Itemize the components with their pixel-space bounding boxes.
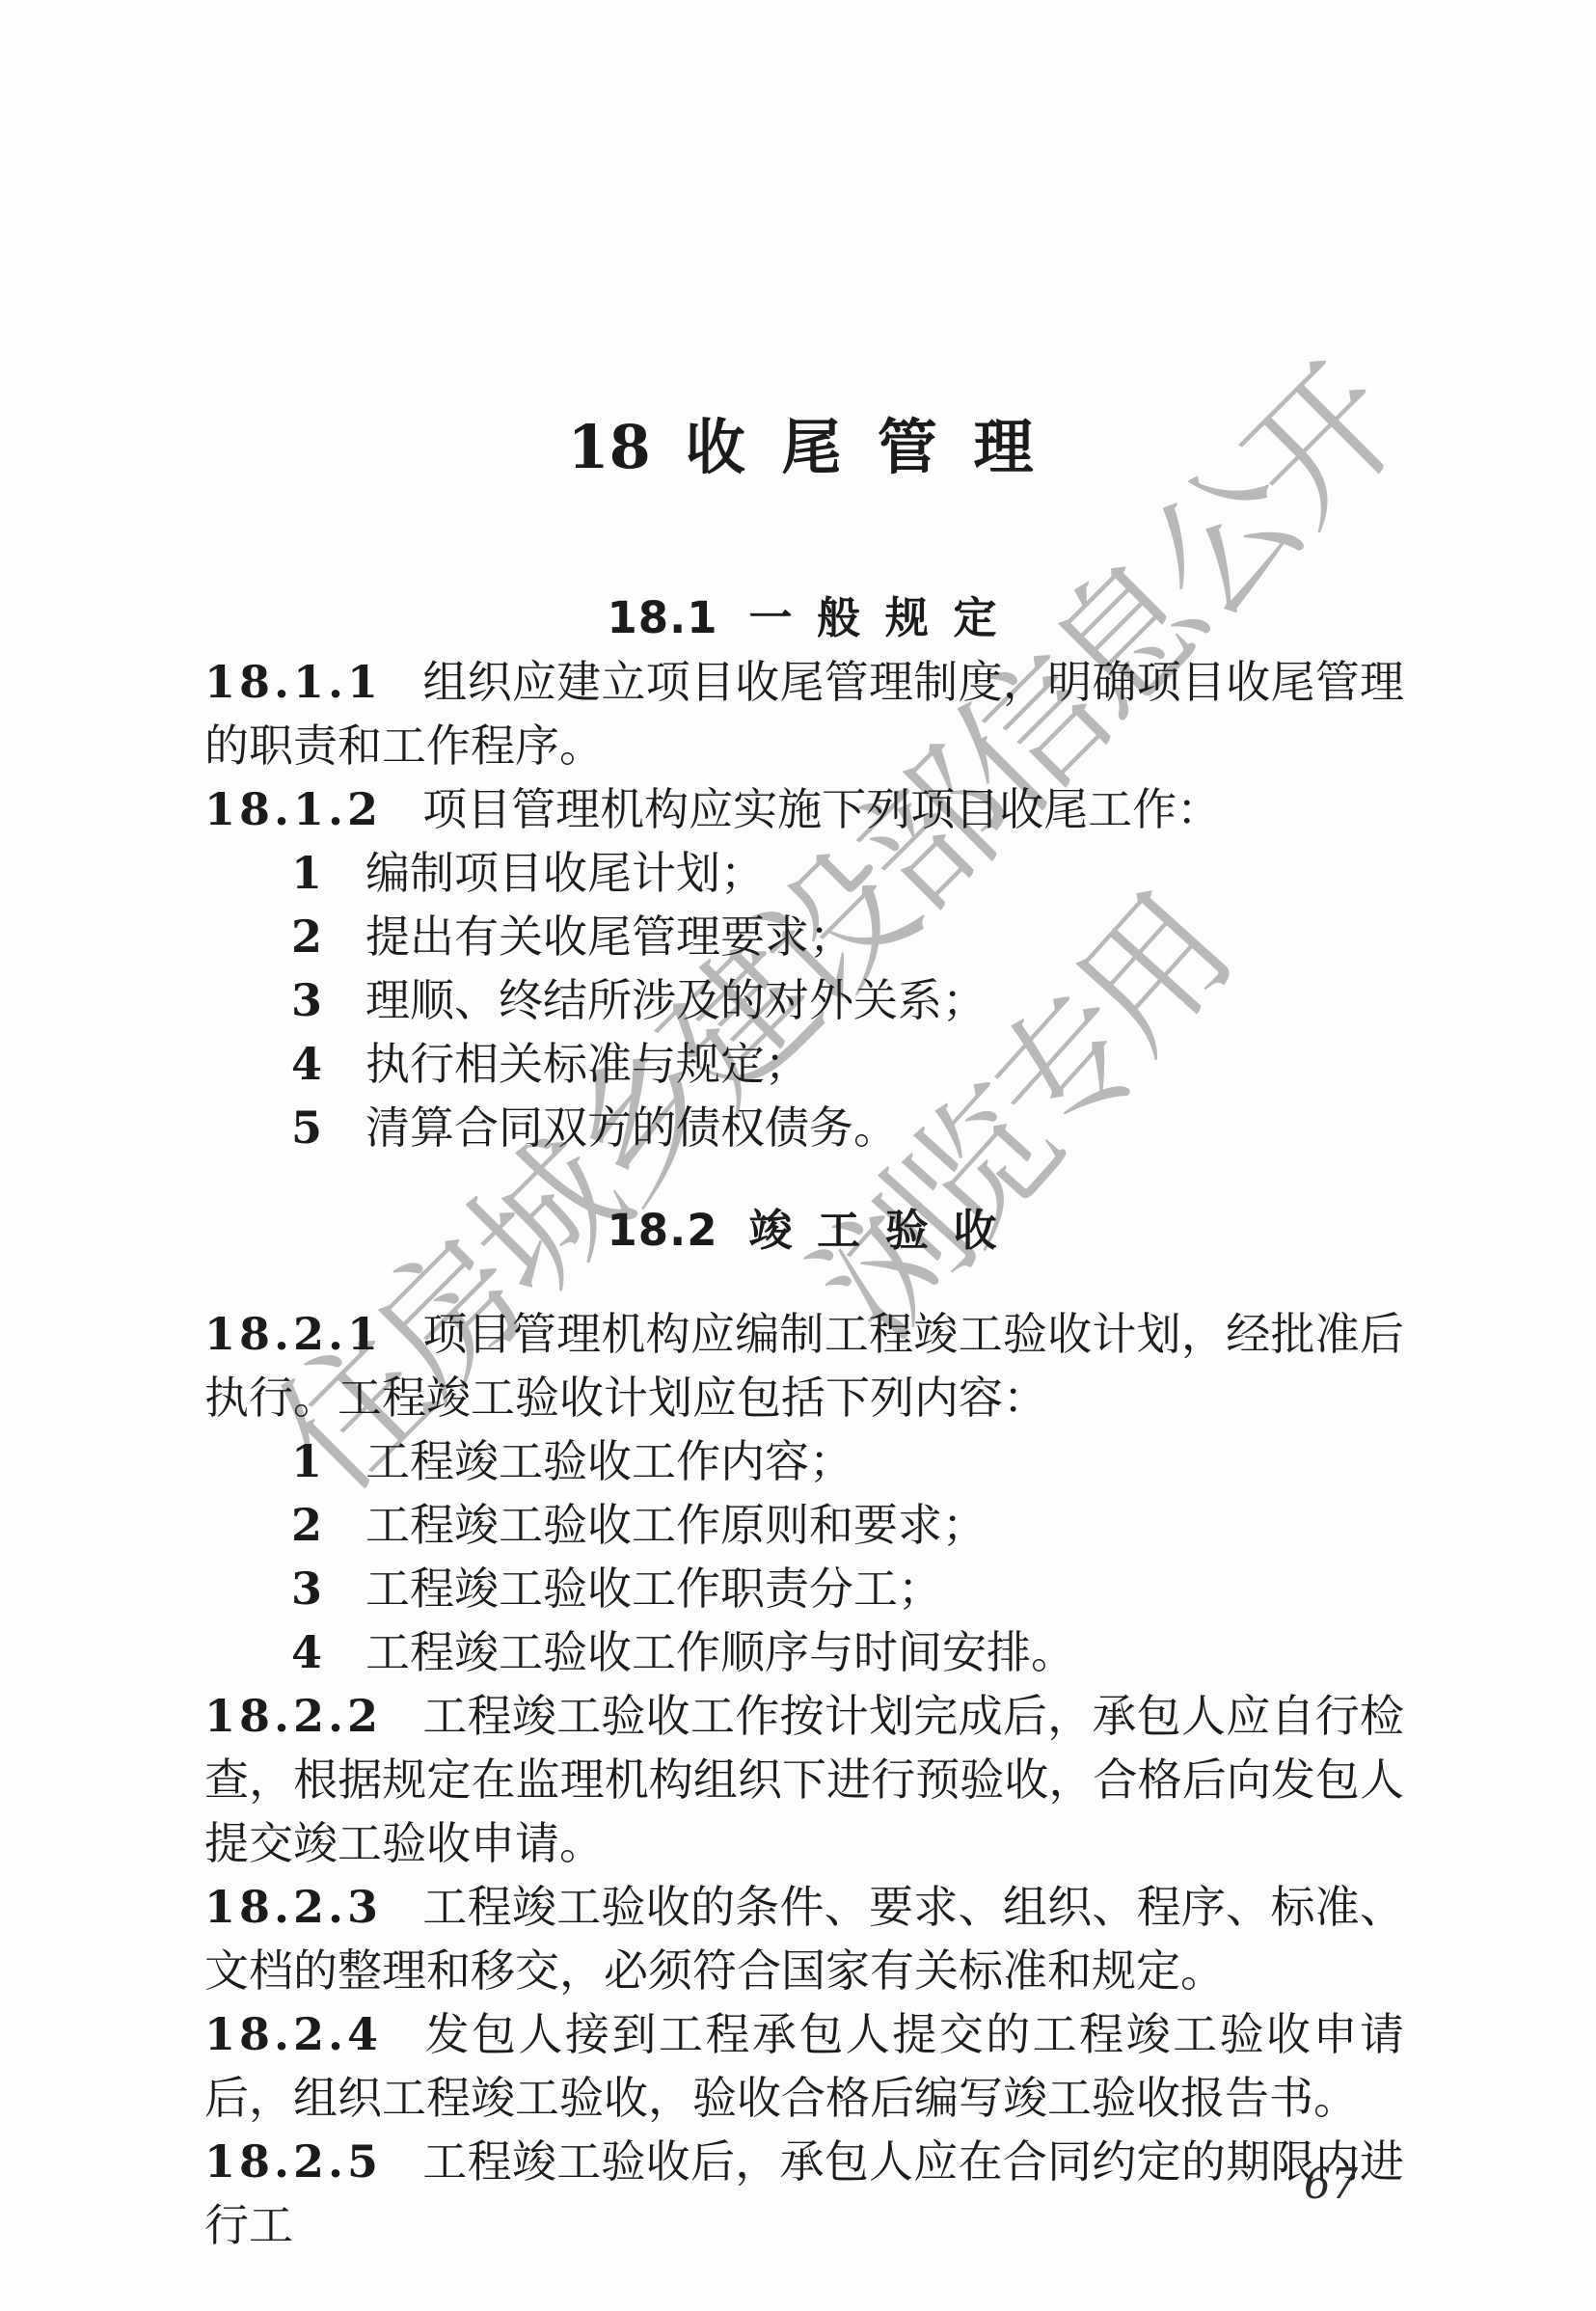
list-item-number: 2: [291, 1499, 322, 1551]
clause-number: 18.2.1: [204, 1308, 382, 1360]
clause-number: 18.2.2: [204, 1690, 382, 1742]
list-item-number: 3: [291, 974, 322, 1026]
clause-18-2-3: 18.2.3工程竣工验收的条件、要求、组织、程序、标准、文档的整理和移交，必须符…: [204, 1875, 1404, 2002]
list-item-text: 工程竣工验收工作内容；: [365, 1435, 853, 1487]
list-item-text: 提出有关收尾管理要求；: [365, 911, 853, 963]
clause-18-2-4: 18.2.4发包人接到工程承包人提交的工程竣工验收申请后，组织工程竣工验收，验收…: [204, 2002, 1404, 2130]
section-title-text: 竣 工 验 收: [749, 1205, 1002, 1256]
clause-number: 18.2.3: [204, 1881, 382, 1933]
clause-text: 发包人接到工程承包人提交的工程竣工验收申请后，组织工程竣工验收，验收合格后编写竣…: [204, 2008, 1404, 2124]
clause-text: 工程竣工验收的条件、要求、组织、程序、标准、文档的整理和移交，必须符合国家有关标…: [204, 1881, 1404, 1997]
clause-18-1-1: 18.1.1组织应建立项目收尾管理制度，明确项目收尾管理的职责和工作程序。: [204, 650, 1404, 777]
clause-text: 项目管理机构应实施下列项目收尾工作：: [422, 783, 1221, 835]
list-item: 4工程竣工验收工作顺序与时间安排。: [204, 1620, 1404, 1684]
clause-text: 工程竣工验收后，承包人应在合同约定的期限内进行工: [204, 2135, 1404, 2251]
list-item-text: 编制项目收尾计划；: [365, 847, 765, 899]
list-item-number: 1: [291, 1435, 322, 1487]
chapter-title-text: 收 尾 管 理: [686, 412, 1041, 482]
document-page: 住房城乡建设部信息公开 浏览专用 18收 尾 管 理 18.1一 般 规 定 1…: [0, 0, 1596, 2311]
clause-number: 18.2.5: [204, 2135, 382, 2188]
page-number: 67: [1304, 2161, 1358, 2209]
list-item: 3理顺、终结所涉及的对外关系；: [204, 968, 1404, 1032]
clause-number: 18.1.1: [204, 656, 382, 708]
chapter-number: 18: [567, 412, 650, 482]
list-item-number: 5: [291, 1101, 322, 1154]
list-item-number: 2: [291, 911, 322, 963]
list-item-text: 工程竣工验收工作顺序与时间安排。: [365, 1626, 1075, 1678]
clause-text: 组织应建立项目收尾管理制度，明确项目收尾管理的职责和工作程序。: [204, 656, 1404, 772]
list-item: 3工程竣工验收工作职责分工；: [204, 1557, 1404, 1620]
clause-number: 18.1.2: [204, 783, 382, 835]
clause-18-2-5: 18.2.5工程竣工验收后，承包人应在合同约定的期限内进行工: [204, 2130, 1404, 2257]
list-item-text: 工程竣工验收工作职责分工；: [365, 1563, 942, 1615]
clause-text: 工程竣工验收工作按计划完成后，承包人应自行检查，根据规定在监理机构组织下进行预验…: [204, 1690, 1404, 1869]
list-item-text: 执行相关标准与规定；: [365, 1038, 809, 1090]
clause-18-2-2: 18.2.2工程竣工验收工作按计划完成后，承包人应自行检查，根据规定在监理机构组…: [204, 1684, 1404, 1875]
section-heading-18-2: 18.2竣 工 验 收: [204, 1199, 1404, 1263]
list-item-text: 工程竣工验收工作原则和要求；: [365, 1499, 987, 1551]
list-item: 2提出有关收尾管理要求；: [204, 905, 1404, 968]
list-item: 4执行相关标准与规定；: [204, 1032, 1404, 1096]
list-item-number: 3: [291, 1563, 322, 1615]
list-item-text: 理顺、终结所涉及的对外关系；: [365, 974, 987, 1026]
list-item: 2工程竣工验收工作原则和要求；: [204, 1493, 1404, 1557]
chapter-title: 18收 尾 管 理: [204, 410, 1404, 485]
clause-text: 项目管理机构应编制工程竣工验收计划，经批准后执行。工程竣工验收计划应包括下列内容…: [204, 1308, 1404, 1424]
list-item-text: 清算合同双方的债权债务。: [365, 1101, 898, 1154]
list-item-number: 4: [291, 1626, 322, 1678]
section-number: 18.1: [607, 592, 717, 643]
list-item: 5清算合同双方的债权债务。: [204, 1096, 1404, 1159]
clause-18-2-1: 18.2.1项目管理机构应编制工程竣工验收计划，经批准后执行。工程竣工验收计划应…: [204, 1302, 1404, 1429]
list-item-number: 4: [291, 1038, 322, 1090]
text-column: 18收 尾 管 理 18.1一 般 规 定 18.1.1组织应建立项目收尾管理制…: [204, 0, 1404, 2257]
list-item: 1工程竣工验收工作内容；: [204, 1429, 1404, 1493]
list-item-number: 1: [291, 847, 322, 899]
section-heading-18-1: 18.1一 般 规 定: [204, 586, 1404, 650]
list-item: 1编制项目收尾计划；: [204, 841, 1404, 905]
section-number: 18.2: [607, 1205, 717, 1256]
clause-number: 18.2.4: [204, 2008, 382, 2060]
section-title-text: 一 般 规 定: [749, 592, 1002, 643]
clause-18-1-2: 18.1.2项目管理机构应实施下列项目收尾工作：: [204, 777, 1404, 841]
